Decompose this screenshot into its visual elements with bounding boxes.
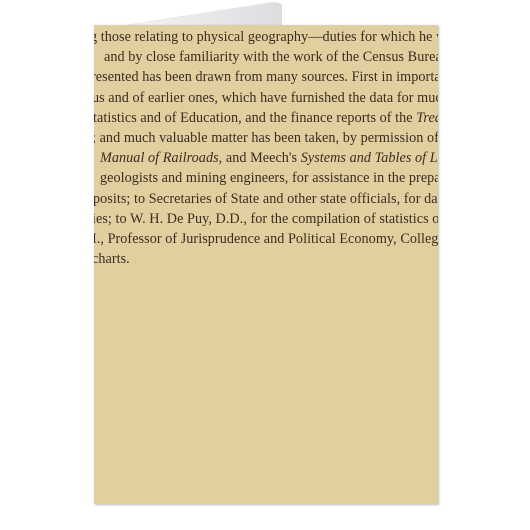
text-line: ies; to W. H. De Puy, D.D., for the comp… (94, 209, 438, 229)
text-line: charts. (94, 249, 130, 269)
text-line: geologists and mining engineers, for ass… (100, 168, 438, 188)
text-line: and by close familiarity with the work o… (104, 47, 438, 67)
text-segment: , and Meech's (219, 150, 301, 166)
text-line: resented has been drawn from many source… (94, 67, 438, 87)
text-segment: charts. (94, 251, 130, 267)
text-segment: I., Professor of Jurisprudence and Polit… (94, 231, 438, 247)
text-segment: tatistics and of Education, and the fina… (94, 110, 416, 126)
text-line: ; and much valuable matter has been take… (94, 128, 438, 148)
text-segment: us and of earlier ones, which have furni… (94, 90, 438, 106)
text-line: g those relating to physical geography—d… (94, 27, 438, 47)
text-line: Manual of Railroads, and Meech's Systems… (100, 148, 438, 168)
italic-title: Systems and Tables of Life Insuran (301, 150, 438, 166)
text-segment: g those relating to physical geography—d… (94, 29, 438, 45)
text-line: tatistics and of Education, and the fina… (94, 108, 438, 128)
text-segment: geologists and mining engineers, for ass… (100, 170, 438, 186)
italic-title: Manual of Railroads (100, 150, 219, 166)
text-segment: resented has been drawn from many source… (94, 69, 438, 85)
text-line: I., Professor of Jurisprudence and Polit… (94, 229, 438, 249)
text-line: posits; to Secretaries of State and othe… (94, 189, 438, 209)
text-segment: and by close familiarity with the work o… (104, 49, 438, 65)
text-segment: posits; to Secretaries of State and othe… (94, 191, 438, 207)
greeting-card-front: g those relating to physical geography—d… (94, 25, 438, 504)
text-segment: ; and much valuable matter has been take… (94, 130, 438, 146)
text-line: us and of earlier ones, which have furni… (94, 88, 438, 108)
italic-title: Treasury De (416, 110, 438, 126)
text-segment: ies; to W. H. De Puy, D.D., for the comp… (94, 211, 438, 227)
